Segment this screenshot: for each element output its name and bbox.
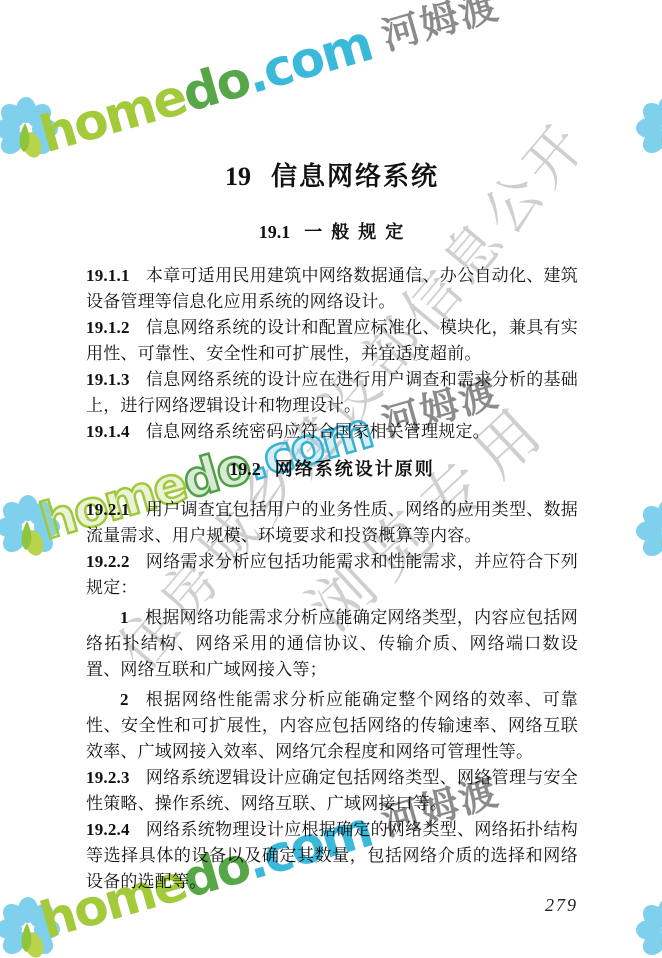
clause-number: 19.2.2 <box>86 552 130 571</box>
item-text: 根据网络性能需求分析应能确定整个网络的效率、可靠性、安全性和可扩展性，内容应包括… <box>86 690 578 761</box>
chapter-number: 19 <box>225 162 251 191</box>
clause-text: 本章可适用民用建筑中网络数据通信、办公自动化、建筑设备管理等信息化应用系统的网络… <box>86 266 578 311</box>
homedo-flower-icon <box>636 499 662 563</box>
item-text: 根据网络功能需求分析应能确定网络类型，内容应包括网络拓扑结构、网络采用的通信协议… <box>86 608 578 679</box>
clause-paragraph: 19.2.2网络需求分析应包括功能需求和性能需求，并应符合下列规定： <box>86 549 578 601</box>
homedo-flower-icon <box>636 96 662 160</box>
section-heading-19-1: 19.1一 般 规 定 <box>86 222 578 242</box>
clause-paragraph: 19.1.2信息网络系统的设计和配置应标准化、模块化，兼具有实用性、可靠性、安全… <box>86 315 578 367</box>
section-number: 19.2 <box>229 459 261 479</box>
section-19-1-body: 19.1.1本章可适用民用建筑中网络数据通信、办公自动化、建筑设备管理等信息化应… <box>86 263 578 445</box>
section-number: 19.1 <box>259 222 291 242</box>
text-column: 19信息网络系统 19.1一 般 规 定 19.1.1本章可适用民用建筑中网络数… <box>86 163 578 895</box>
section-19-2-body: 19.2.1用户调查宜包括用户的业务性质、网络的应用类型、数据流量需求、用户规模… <box>86 497 578 895</box>
homedo-flower-icon <box>636 898 662 958</box>
section-heading-19-2: 19.2网络系统设计原则 <box>86 459 578 479</box>
section-name: 网络系统设计原则 <box>275 459 435 479</box>
clause-paragraph: 19.2.1用户调查宜包括用户的业务性质、网络的应用类型、数据流量需求、用户规模… <box>86 497 578 549</box>
clause-paragraph: 19.2.4网络系统物理设计应根据确定的网络类型、网络拓扑结构等选择具体的设备以… <box>86 817 578 895</box>
list-item: 1根据网络功能需求分析应能确定网络类型，内容应包括网络拓扑结构、网络采用的通信协… <box>86 605 578 683</box>
clause-number: 19.2.1 <box>86 500 130 519</box>
clause-text: 网络需求分析应包括功能需求和性能需求，并应符合下列规定： <box>86 552 578 597</box>
clause-text: 用户调查宜包括用户的业务性质、网络的应用类型、数据流量需求、用户规模、环境要求和… <box>86 500 578 545</box>
chapter-name: 信息网络系统 <box>271 162 439 191</box>
brand-home: home <box>34 67 192 164</box>
clause-text: 网络系统物理设计应根据确定的网络类型、网络拓扑结构等选择具体的设备以及确定其数量… <box>86 820 578 891</box>
item-number: 2 <box>120 690 129 709</box>
document-page: 19信息网络系统 19.1一 般 规 定 19.1.1本章可适用民用建筑中网络数… <box>0 0 662 958</box>
clause-number: 19.1.4 <box>86 422 130 441</box>
homedo-flower-icon <box>0 495 60 559</box>
item-number: 1 <box>120 608 129 627</box>
section-name: 一 般 规 定 <box>304 222 405 242</box>
clause-number: 19.1.3 <box>86 370 130 389</box>
clause-text: 网络系统逻辑设计应确定包括网络类型、网络管理与安全性策略、操作系统、网络互联、广… <box>86 768 578 813</box>
clause-number: 19.2.3 <box>86 768 130 787</box>
clause-number: 19.2.4 <box>86 820 130 839</box>
clause-paragraph: 19.1.3信息网络系统的设计应在进行用户调查和需求分析的基础上，进行网络逻辑设… <box>86 367 578 419</box>
clause-paragraph: 19.2.3网络系统逻辑设计应确定包括网络类型、网络管理与安全性策略、操作系统、… <box>86 765 578 817</box>
list-item: 2根据网络性能需求分析应能确定整个网络的效率、可靠性、安全性和可扩展性，内容应包… <box>86 687 578 765</box>
page-number: 279 <box>528 895 578 916</box>
homedo-flower-icon <box>0 897 60 958</box>
homedo-flower-icon <box>0 97 58 161</box>
clause-number: 19.1.2 <box>86 318 130 337</box>
clause-text: 信息网络系统密码应符合国家相关管理规定。 <box>146 422 490 441</box>
homedo-brand-text: homedo.com河姆渡 <box>33 0 506 165</box>
brand-cjk: 河姆渡 <box>377 0 504 58</box>
brand-do: do <box>176 49 256 123</box>
clause-paragraph: 19.1.1本章可适用民用建筑中网络数据通信、办公自动化、建筑设备管理等信息化应… <box>86 263 578 315</box>
chapter-title: 19信息网络系统 <box>86 163 578 191</box>
clause-text: 信息网络系统的设计和配置应标准化、模块化，兼具有实用性、可靠性、安全性和可扩展性… <box>86 318 578 363</box>
clause-paragraph: 19.1.4信息网络系统密码应符合国家相关管理规定。 <box>86 419 578 445</box>
brand-dotcom: .com <box>240 14 378 105</box>
clause-number: 19.1.1 <box>86 266 130 285</box>
clause-text: 信息网络系统的设计应在进行用户调查和需求分析的基础上，进行网络逻辑设计和物理设计… <box>86 370 578 415</box>
